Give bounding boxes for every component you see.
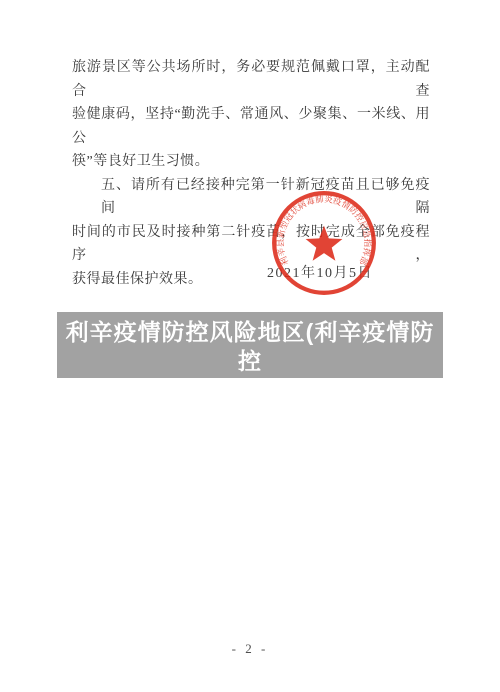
body-text-line: 旅游景区等公共场所时，务必要规范佩戴口罩，主动配合查 (72, 56, 430, 103)
banner-title-line-1: 利辛疫情防控风险地区(利辛疫情防控 (57, 318, 443, 376)
caption-banner: 利辛疫情防控风险地区(利辛疫情防控 指挥部通告) (57, 312, 443, 378)
document-page: 旅游景区等公共场所时，务必要规范佩戴口罩，主动配合查验健康码，坚持“勤洗手、常通… (0, 0, 500, 692)
banner-title-line-2: 指挥部通告) (57, 376, 443, 405)
star-icon (306, 226, 343, 261)
seal-graphic: 利辛县新型冠状病毒肺炎疫情防控应急指挥部 (263, 182, 385, 304)
page-number: - 2 - (0, 641, 500, 657)
official-seal: 利辛县新型冠状病毒肺炎疫情防控应急指挥部 (263, 182, 385, 304)
body-text-line: 筷”等良好卫生习惯。 (72, 150, 430, 174)
body-text-line: 验健康码，坚持“勤洗手、常通风、少聚集、一米线、用公 (72, 103, 430, 150)
